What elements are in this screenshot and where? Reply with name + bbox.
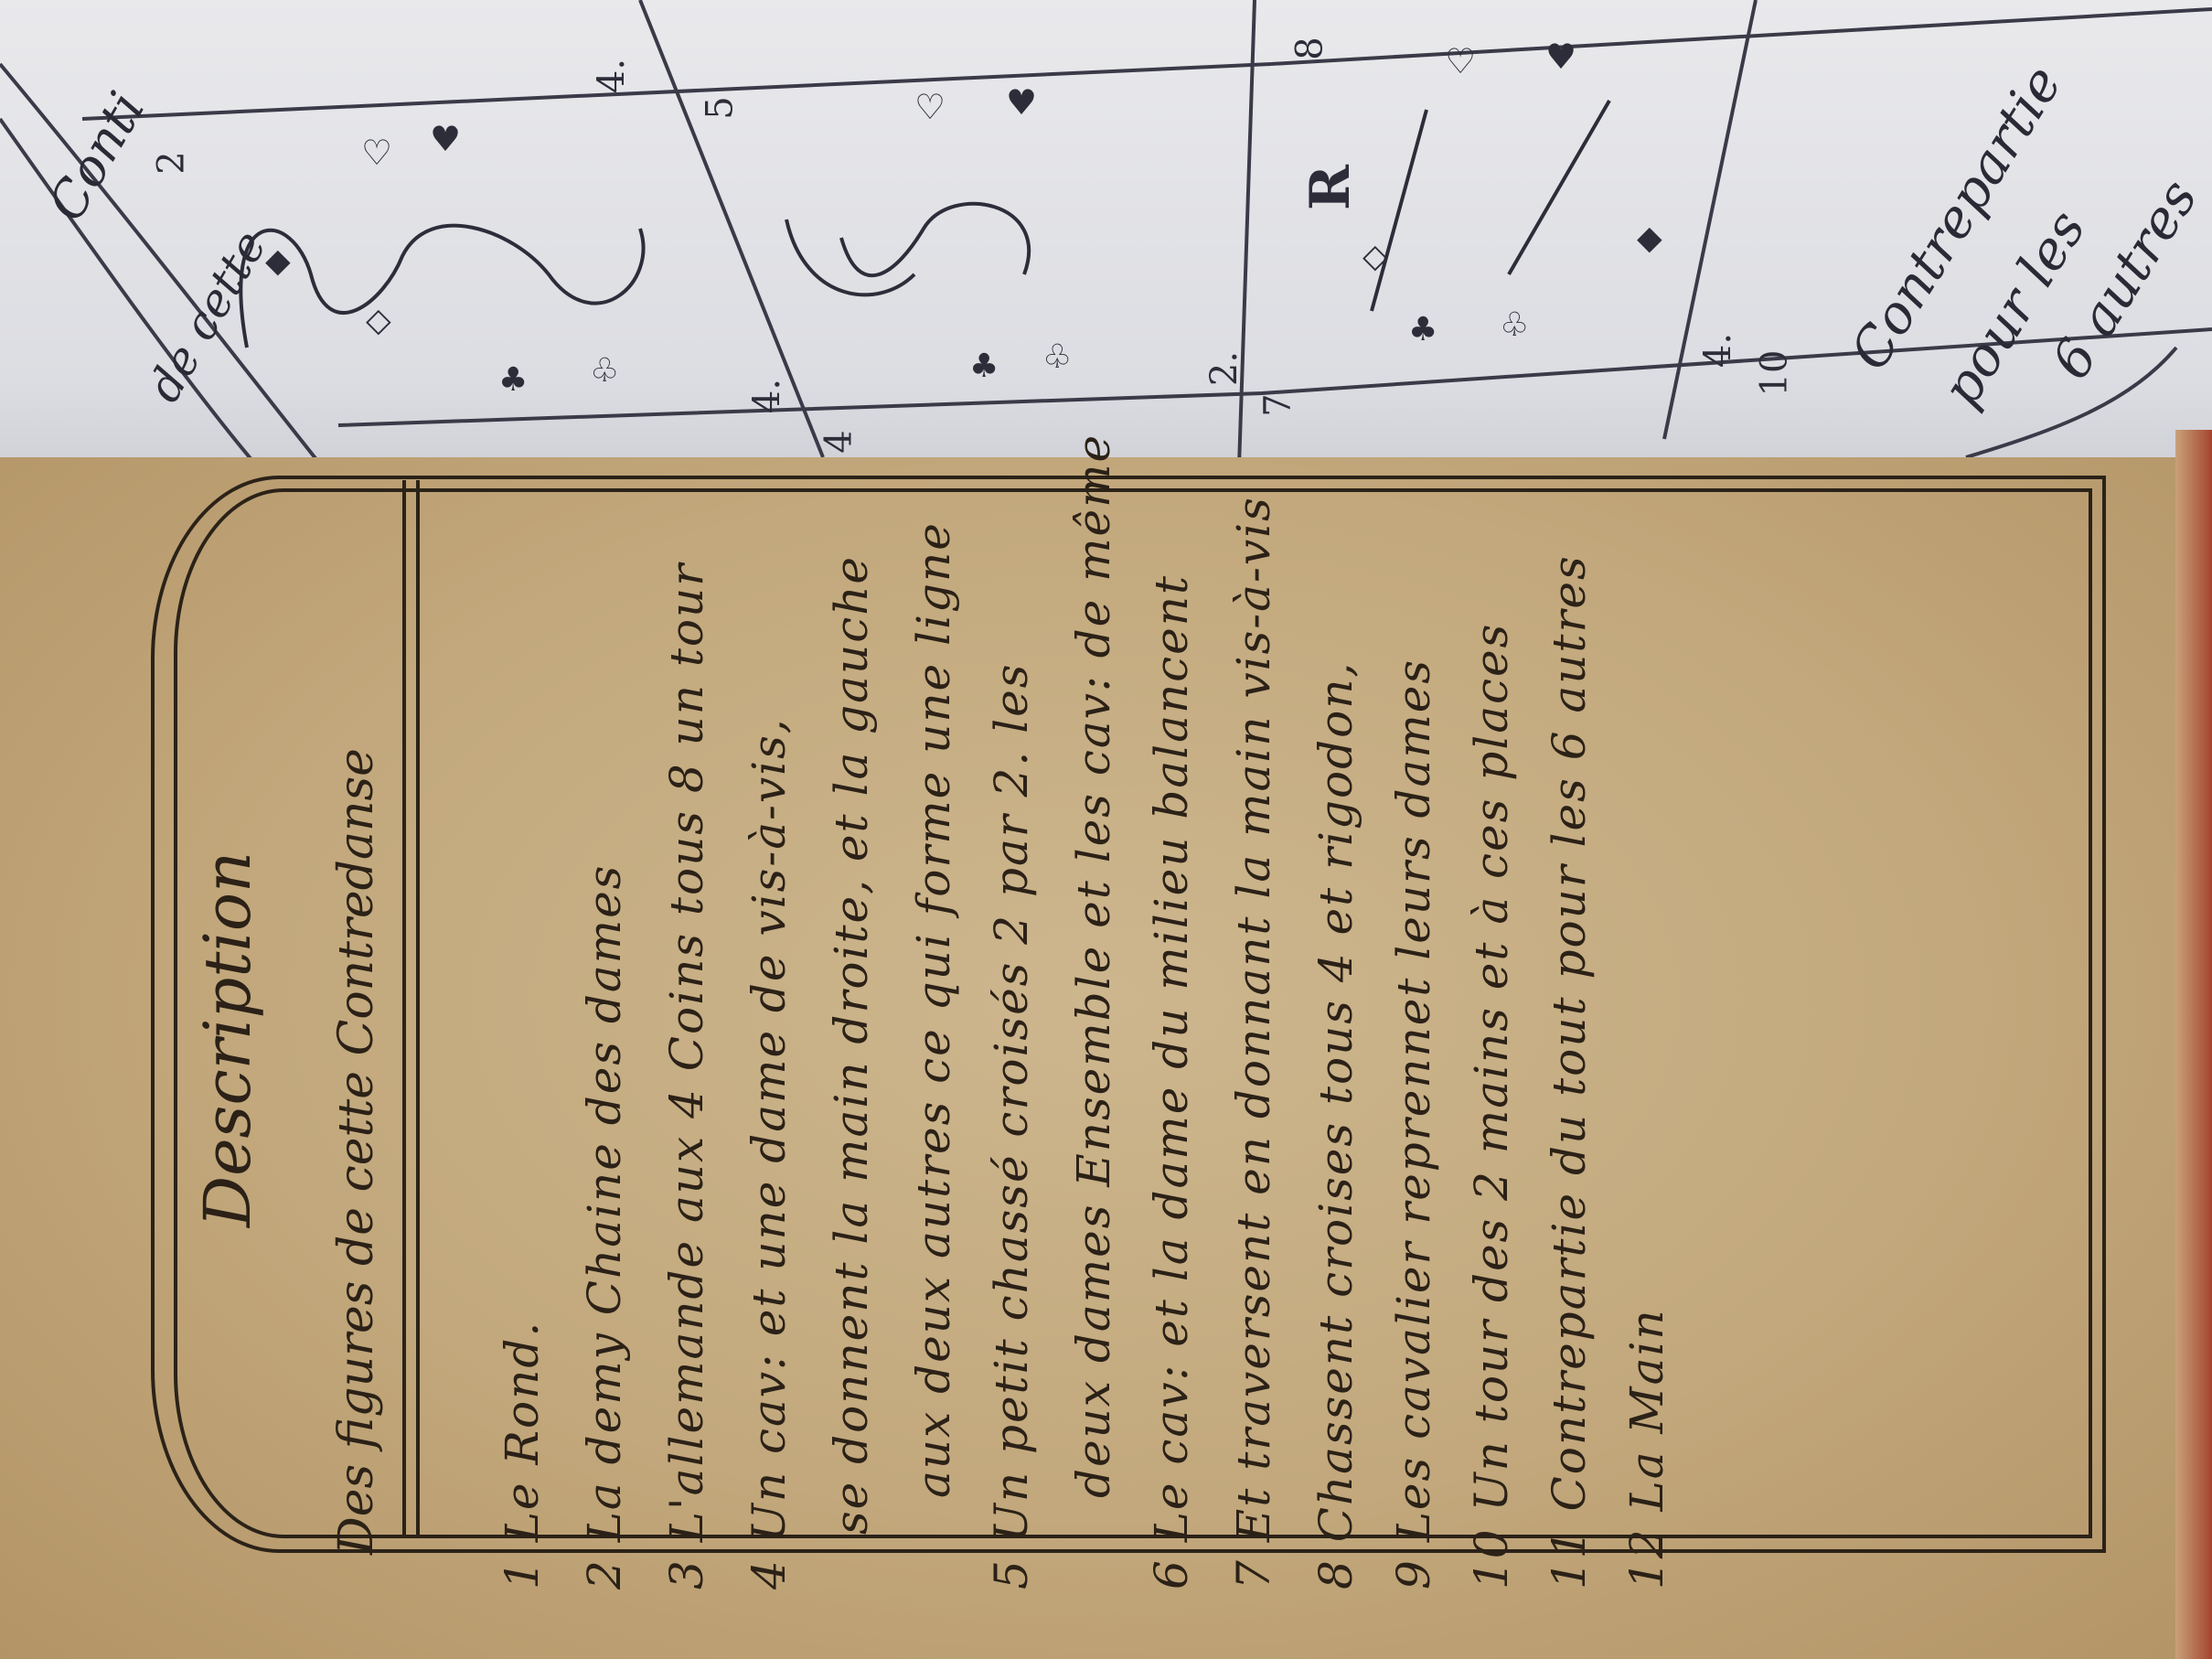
list-item-9: 9 Les cavalier reprennet leurs dames [1387,658,1440,1589]
cell-number-10: 10 [1753,350,1795,397]
header-divider [416,480,420,1536]
list-item-8: 8 Chassent croises tous 4 et rigodon, [1309,661,1362,1589]
list-item-4-cont-1: se donnent la main droite, et la gauche [825,555,878,1535]
cell-number-7: 7 [1257,393,1299,416]
heart-open-icon: ♡ [914,87,946,127]
dance-figure-grid [0,0,2212,476]
heart-filled-icon: ♥ [1545,37,1576,77]
cell-number-8: 8 [1289,37,1331,59]
heart-open-icon: ♡ [1445,41,1476,81]
cell-number-2: 2 [151,151,193,174]
diamond-open-icon: ◇ [366,302,391,339]
club-open-icon: ♧ [1500,306,1529,344]
list-item-5: 5 Un petit chassé croisés 2 par 2. les [985,663,1038,1589]
list-item-3: 3 L'allemande aux 4 Coins tous 8 un tour [660,562,713,1589]
heart-open-icon: ♡ [361,133,392,173]
heart-filled-icon: ♥ [430,119,461,159]
list-item-7: 7 Et traversent en donnant la main vis-à… [1227,496,1280,1589]
list-item-2: 2 La demy Chaine des dames [578,864,631,1589]
club-open-icon: ♧ [590,352,619,390]
page-title: Description [190,851,265,1227]
club-filled-icon: ♣ [498,361,528,399]
corner-label: 2. [1203,351,1245,386]
diagram-page: 2 5 8 10 4 7 4. 2. 4. 4. R ♡ ♥ ♣ ♧ ♡ ♥ ♣… [0,0,2212,478]
page-subtitle: Des figures de cette Contredanse [329,748,384,1555]
club-filled-icon: ♣ [969,348,999,385]
diamond-filled-icon: ◆ [1637,219,1662,257]
cell-number-5: 5 [700,96,742,119]
list-item-4: 4 Un cav: et une dame de vis-à-vis, [743,717,796,1589]
list-item-10: 10 Un tour des 2 mains et à ces places [1465,623,1518,1589]
list-item-6: 6 Le cav: et la dame du milieu balancent [1145,574,1198,1589]
page-frame-inner [174,488,2092,1538]
list-item-12: 12 La Main [1620,1308,1673,1589]
corner-label: 4. [591,59,633,93]
diamond-open-icon: ◇ [1362,238,1388,275]
club-open-icon: ♧ [1042,338,1072,376]
list-item-11: 11 Contrepartie du tout pour les 6 autre… [1543,554,1596,1589]
cell-number-4: 4 [818,430,860,453]
header-divider [402,480,406,1536]
list-item-5-cont: deux dames Ensemble et les cav: de même [1067,433,1120,1498]
list-item-4-cont-2: aux deux autres ce qui forme une ligne [907,521,960,1498]
heart-filled-icon: ♥ [1006,82,1037,123]
diagram-letter-r: R [1298,165,1362,210]
list-item-1: 1 Le Rond. [496,1321,549,1589]
corner-label: 4. [1697,333,1739,368]
club-filled-icon: ♣ [1408,311,1437,348]
corner-label: 4. [746,379,788,413]
book-edge [2175,430,2212,1659]
